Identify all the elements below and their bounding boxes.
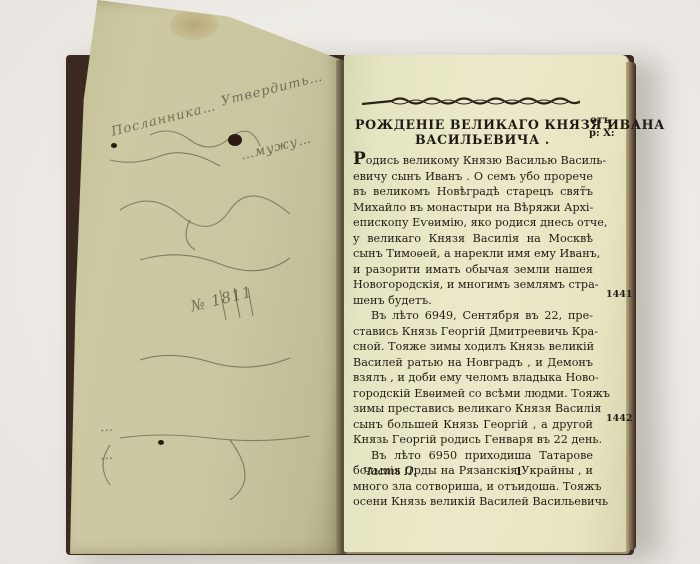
page-number: 1 — [515, 465, 523, 478]
text-line: Василей ратью на Новградъ , и Демонъ — [353, 355, 593, 371]
text-line: осени Князь великій Василей Васильевичь — [353, 494, 593, 510]
text-line: сной. Тояже зимы ходилъ Князь великій — [353, 339, 593, 355]
text-line: зимы преставись великаго Князя Василія — [353, 401, 593, 417]
text-line: у великаго Князя Василія на Москвѣ — [353, 231, 593, 247]
water-stain — [170, 10, 218, 40]
text-line: Родись великому Князю Василью Василь- — [353, 153, 593, 169]
margin-note-bottom: р: Х: — [589, 128, 615, 139]
chapter-heading: РОЖДЕНІЕ ВЕЛИКАГО КНЯЗЯ ИВАНА ВАСИЛЬЕВИЧ… — [355, 117, 600, 147]
decorative-ornament — [362, 96, 580, 106]
text-line: сынъ Тимоѳей, а нарекли имя ему Иванъ, — [353, 246, 593, 262]
text-line: евичу сынъ Иванъ . О семъ убо прорече — [353, 169, 593, 185]
text-line: ставись Князь Георгій Дмитреевичь Кра- — [353, 324, 593, 340]
text-line: Въ лѣто 6950 приходиша Татарове — [353, 448, 593, 464]
text-line: епископу Еѵѳимію, яко родися днесь отче, — [353, 215, 593, 231]
page-edge — [626, 62, 636, 550]
margin-note-top: отъ — [590, 115, 611, 126]
heading-line-2: ВАСИЛЬЕВИЧА . — [355, 132, 600, 147]
text-line: въ великомъ Новѣградѣ старецъ свят̃ъ — [353, 184, 593, 200]
signature-mark: Часть II. — [363, 465, 416, 478]
text-line: Михайло въ монастыри на Вѣряжи Архі- — [353, 200, 593, 216]
text-line: Въ лѣто 6949, Сентября въ 22, пре- — [353, 308, 593, 324]
text-line: Князь Георгій родись Генваря въ 22 день. — [353, 432, 593, 448]
heading-line-1: РОЖДЕНІЕ ВЕЛИКАГО КНЯЗЯ ИВАНА — [355, 117, 665, 132]
text-line: шенъ будетъ. — [353, 293, 593, 309]
margin-year: 1441 — [606, 289, 632, 300]
text-line: сынъ большей Князь Георгій , а другой — [353, 417, 593, 433]
text-line: городскій Евѳимей со всѣми людми. Тояжъ — [353, 386, 593, 402]
margin-year: 1442 — [606, 413, 632, 424]
handwriting-strokes — [80, 60, 330, 500]
text-line: взялъ , и доби ему челомъ владыка Ново- — [353, 370, 593, 386]
text-line: Новогородскія, и многимъ землямъ стра- — [353, 277, 593, 293]
text-line: много зла сотвориша, и отъидоша. Тояжъ — [353, 479, 593, 495]
page-footer: Часть II. 1 — [363, 465, 563, 478]
left-endpaper: Утвердить… Посланника… …мужу… № 1811 … … — [70, 0, 344, 554]
drop-cap: Р — [353, 149, 366, 169]
text-line: и разорити имать обычая земли нашея — [353, 262, 593, 278]
body-text: Родись великому Князю Василью Василь- ев… — [353, 153, 593, 510]
